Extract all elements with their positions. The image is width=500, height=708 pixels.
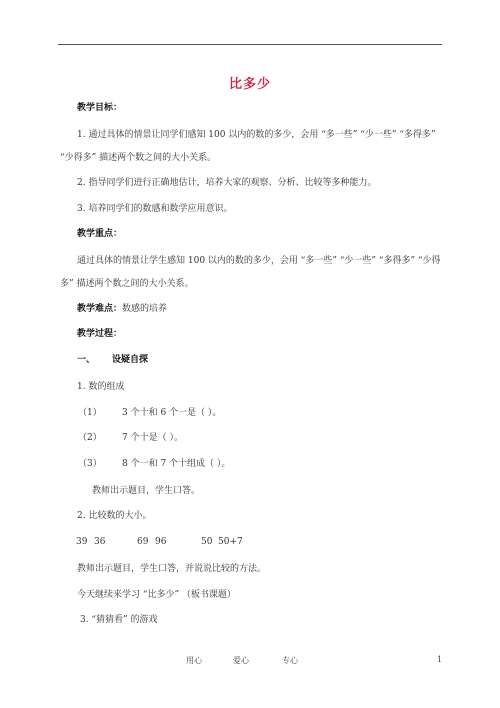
objective-2: 2. 指导同学们进行正确地估计，培养大家的观察、分析、比较等多种能力。 (77, 177, 376, 189)
item2-note: 教师出示题目，学生口答，并说说比较的方法。 (77, 563, 266, 575)
part1-title: 设疑自探 (112, 354, 148, 366)
question-3-number: （3） (78, 458, 102, 470)
item1-title: 1. 数的组成 (77, 381, 124, 393)
question-2-text: 7 个十是（ ）。 (122, 432, 183, 444)
item2-title: 2. 比较数的大小。 (77, 510, 151, 522)
keypoints-line1: 通过具体的情景让学生感知 100 以内的数的多少，会用 “多一些” “少一些” … (77, 255, 441, 267)
header-rule (58, 44, 442, 45)
item3-title: 3. “猜猜看” 的游戏 (80, 614, 158, 626)
page-number: 1 (437, 655, 442, 664)
objective-1-line2: “少得多” 描述两个数之间的大小关系。 (60, 152, 216, 164)
today-line: 今天继续来学习 “比多少” （板书课题） (77, 589, 236, 601)
difficulty-heading: 教学难点： (77, 304, 122, 314)
objective-3: 3. 培养同学们的数感和数学应用意识。 (77, 203, 232, 215)
difficulty-text: 数感的培养 (122, 304, 167, 314)
compare-number: 50 (201, 536, 212, 548)
compare-number: 36 (94, 536, 105, 548)
part1-number: 一、 (77, 354, 95, 366)
process-heading: 教学过程： (77, 328, 122, 340)
compare-number: 39 (76, 536, 87, 548)
compare-number: 50+7 (218, 536, 243, 548)
difficulty-row: 教学难点：数感的培养 (77, 303, 167, 315)
question-1-number: （1） (78, 407, 102, 419)
footer-word-1: 用心 (186, 655, 202, 666)
footer-word-2: 爱心 (233, 655, 249, 666)
question-3-text: 8 个一和 7 个十组成（ ）。 (122, 458, 230, 470)
compare-number: 96 (155, 536, 166, 548)
question-2-number: （2） (78, 432, 102, 444)
item1-note: 教师出示题目，学生口答。 (92, 485, 200, 497)
keypoints-heading: 教学重点： (77, 228, 122, 240)
question-1-text: 3 个十和 6 个一是（ ）。 (122, 407, 221, 419)
footer-word-3: 专心 (282, 655, 298, 666)
compare-number: 69 (137, 536, 148, 548)
objectives-heading: 教学目标： (77, 102, 122, 114)
keypoints-line2: 多” 描述两个数之间的大小关系。 (60, 278, 193, 290)
compare-numbers-row: 39 36 69 96 50 50+7 (0, 536, 500, 548)
objective-1-line1: 1. 通过具体的情景让同学们感知 100 以内的数的多少，会用 “多一些” “少… (77, 129, 436, 141)
document-title: 比多少 (0, 73, 500, 92)
